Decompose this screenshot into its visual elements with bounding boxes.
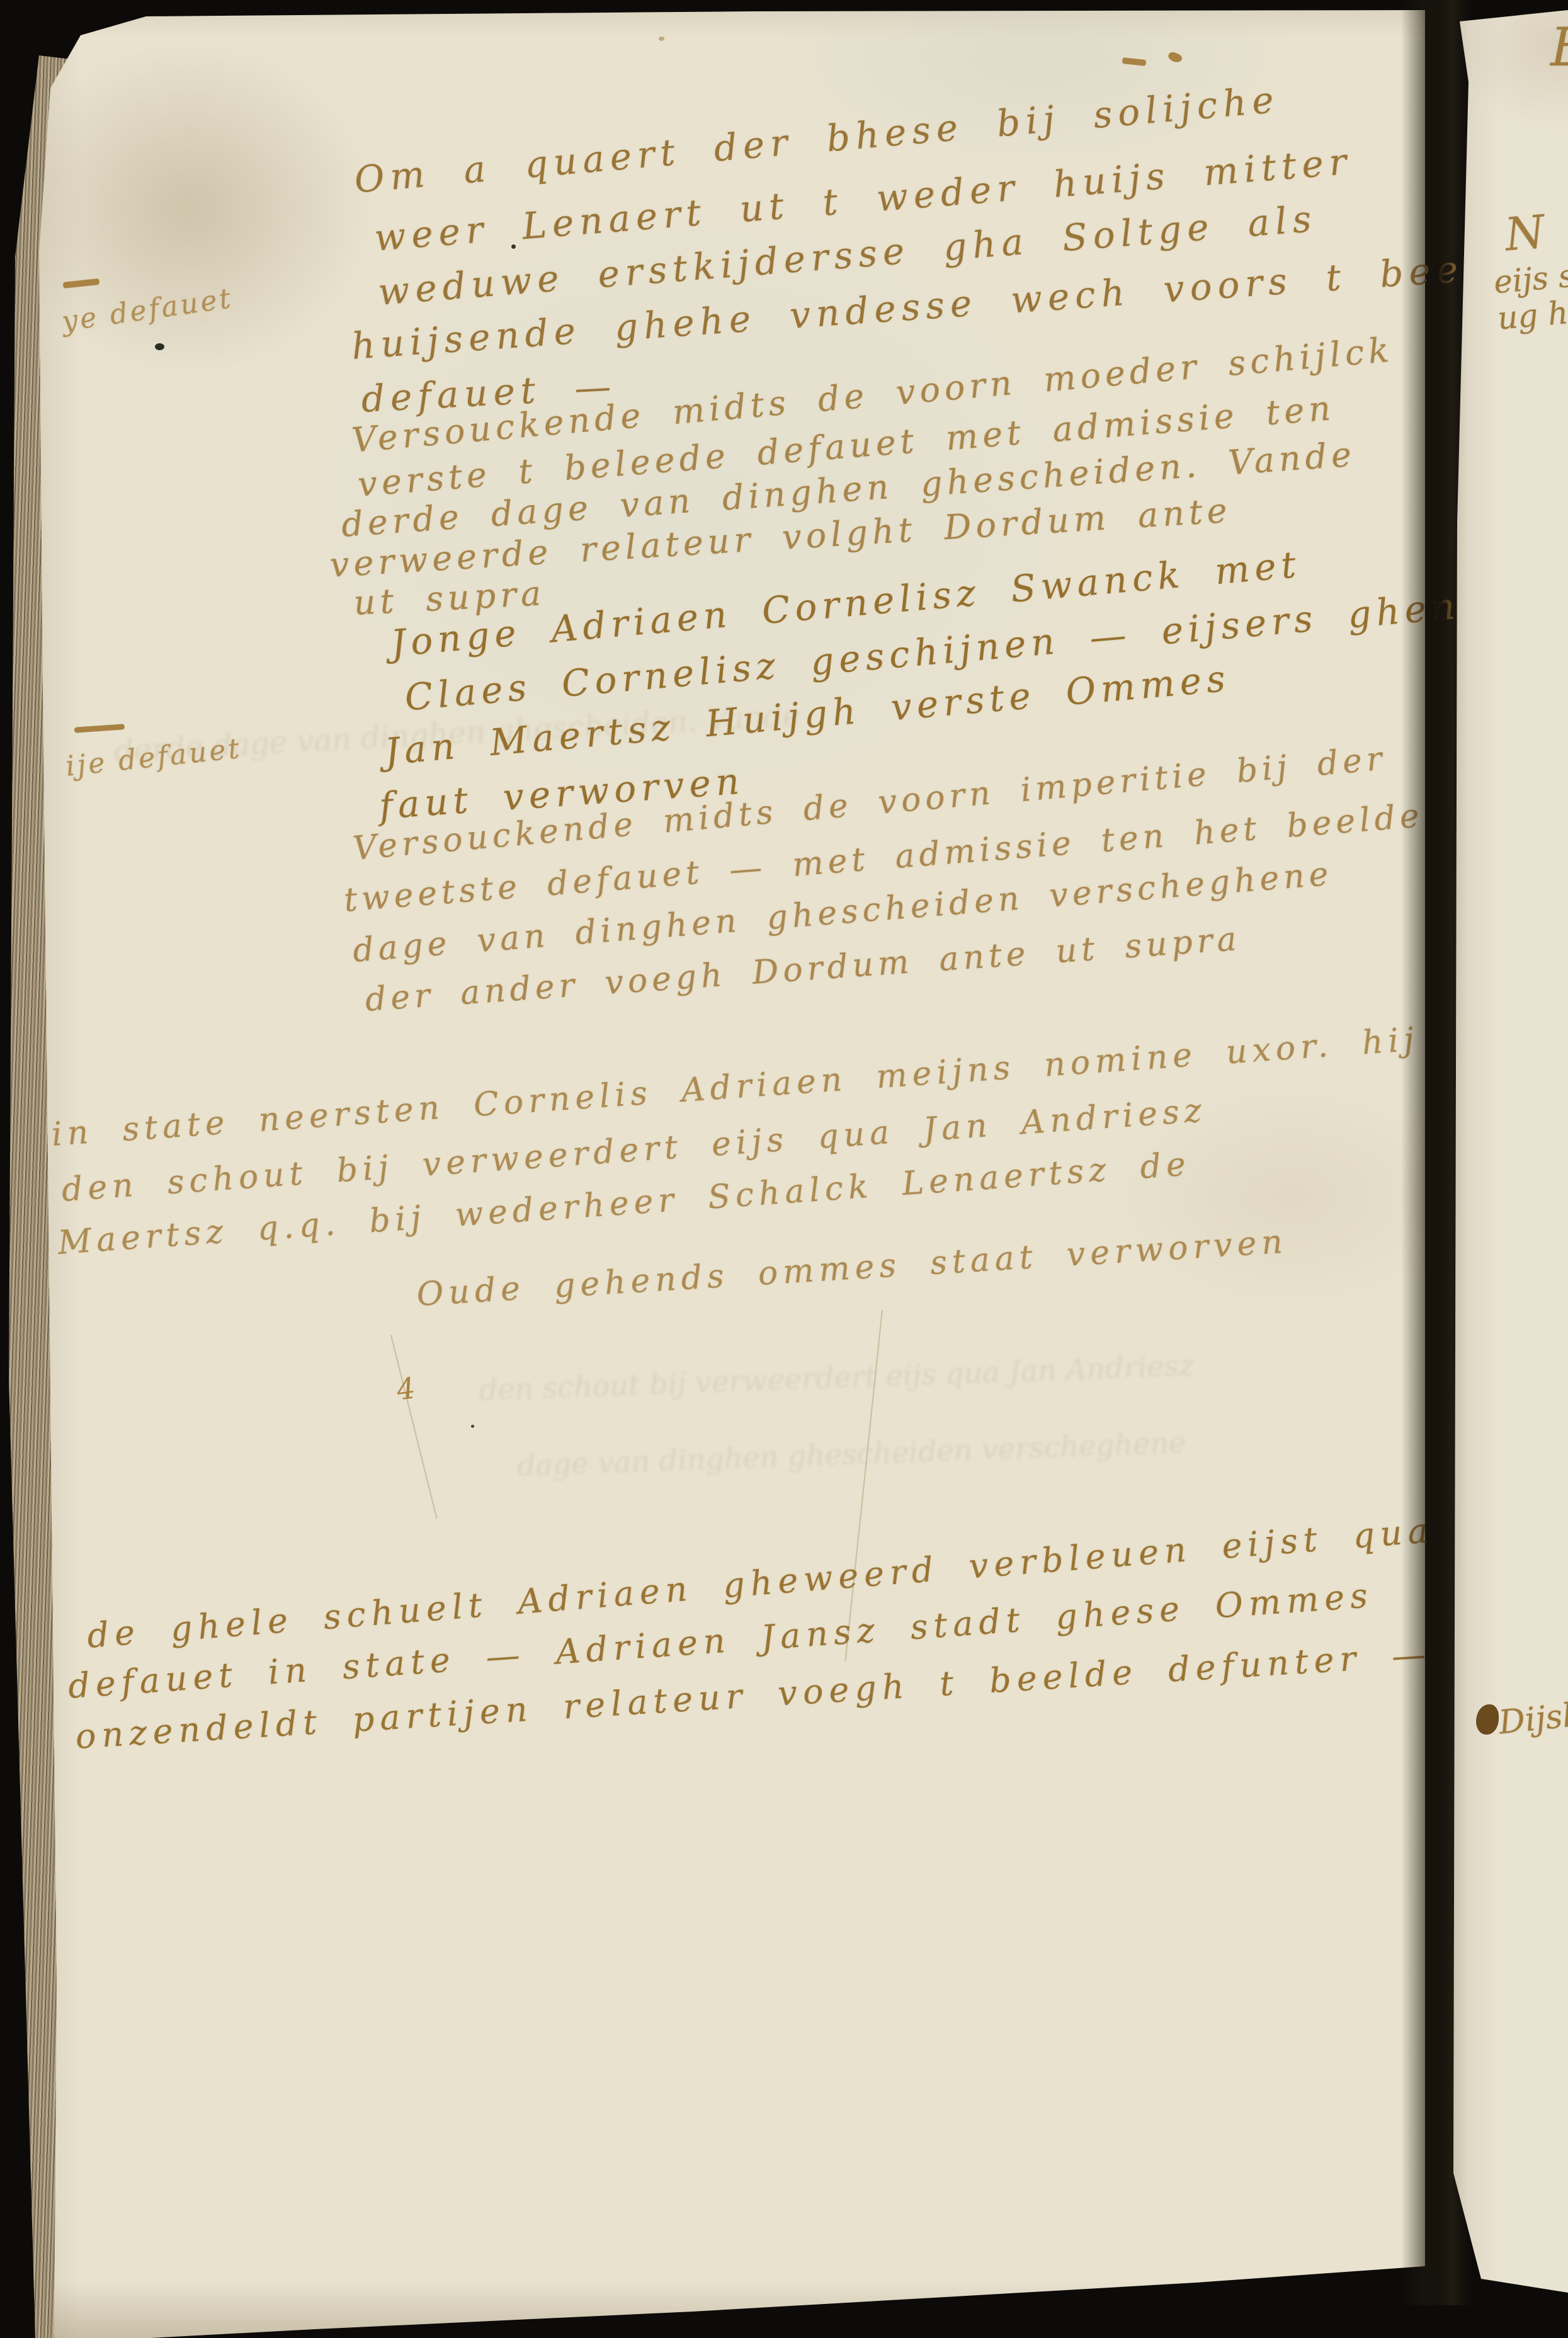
ink-speck [511,244,516,249]
page-fragment: ug h [1496,294,1568,337]
manuscript-photo: derde dage van dinghen ghescheiden. Vand… [0,0,1568,2338]
page-fragment: E [1550,16,1568,78]
ink-speck [471,1425,474,1428]
page-fragment: eijs s [1492,258,1568,301]
ink-speck [155,343,164,350]
ink-blot [1476,1704,1499,1735]
facing-page-sliver: E N eijs s ug h Dijsla [1443,6,1568,2293]
page-fragment: Dijsla [1497,1694,1568,1742]
ink-speck [659,37,664,41]
page-fragment: N [1503,205,1547,261]
